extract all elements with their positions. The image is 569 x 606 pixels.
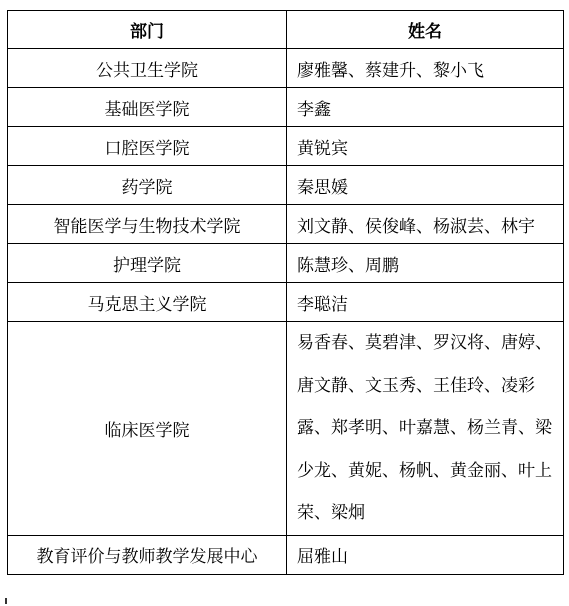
- department-cell: 临床医学院: [8, 322, 287, 536]
- table-header-row: 部门 姓名: [8, 11, 564, 49]
- names-cell: 李聪洁: [287, 283, 564, 322]
- names-cell: 屈雅山: [287, 535, 564, 574]
- department-cell: 药学院: [8, 166, 287, 205]
- cursor-mark: [5, 598, 7, 604]
- table-row: 临床医学院 易香春、莫碧津、罗汉将、唐婷、唐文静、文玉秀、王佳玲、凌彩露、郑孝明…: [8, 322, 564, 536]
- header-department: 部门: [8, 11, 287, 49]
- table-row: 口腔医学院 黄锐宾: [8, 127, 564, 166]
- table-row: 教育评价与教师教学发展中心 屈雅山: [8, 535, 564, 574]
- department-cell: 智能医学与生物技术学院: [8, 205, 287, 244]
- department-name-table: 部门 姓名 公共卫生学院 廖雅馨、蔡建升、黎小飞 基础医学院 李鑫 口腔医学院 …: [7, 10, 564, 575]
- table-row: 基础医学院 李鑫: [8, 88, 564, 127]
- document-page: 部门 姓名 公共卫生学院 廖雅馨、蔡建升、黎小飞 基础医学院 李鑫 口腔医学院 …: [0, 0, 569, 606]
- department-cell: 公共卫生学院: [8, 49, 287, 88]
- table-row: 马克思主义学院 李聪洁: [8, 283, 564, 322]
- table-row: 智能医学与生物技术学院 刘文静、侯俊峰、杨淑芸、林宇: [8, 205, 564, 244]
- department-cell: 护理学院: [8, 244, 287, 283]
- department-cell: 基础医学院: [8, 88, 287, 127]
- names-cell: 黄锐宾: [287, 127, 564, 166]
- department-cell: 教育评价与教师教学发展中心: [8, 535, 287, 574]
- names-cell: 李鑫: [287, 88, 564, 127]
- names-cell: 陈慧珍、周鹏: [287, 244, 564, 283]
- names-cell: 易香春、莫碧津、罗汉将、唐婷、唐文静、文玉秀、王佳玲、凌彩露、郑孝明、叶嘉慧、杨…: [287, 322, 564, 536]
- table-row: 公共卫生学院 廖雅馨、蔡建升、黎小飞: [8, 49, 564, 88]
- header-names: 姓名: [287, 11, 564, 49]
- department-cell: 口腔医学院: [8, 127, 287, 166]
- names-cell: 秦思媛: [287, 166, 564, 205]
- table-row: 药学院 秦思媛: [8, 166, 564, 205]
- names-cell: 刘文静、侯俊峰、杨淑芸、林宇: [287, 205, 564, 244]
- names-cell: 廖雅馨、蔡建升、黎小飞: [287, 49, 564, 88]
- department-cell: 马克思主义学院: [8, 283, 287, 322]
- table-row: 护理学院 陈慧珍、周鹏: [8, 244, 564, 283]
